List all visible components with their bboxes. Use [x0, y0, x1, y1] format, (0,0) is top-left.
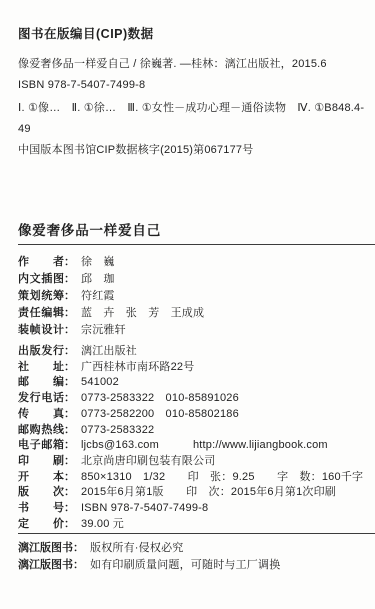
publishing-row: 印刷：北京尚唐印刷包装有限公司 — [18, 454, 365, 470]
publishing-block: 出版发行：漓江出版社 社址：广西桂林市南环路22号 邮编：541002 发行电话… — [18, 344, 365, 532]
field-label: 策划统筹 — [18, 288, 64, 305]
credit-row: 责任编辑：蓝 卉 张 芳 王成成 — [18, 305, 365, 322]
cip-header: 图书在版编目(CIP)数据 — [18, 24, 365, 42]
colon: ： — [64, 502, 75, 514]
colon: ： — [64, 324, 75, 336]
colon: ： — [64, 256, 75, 268]
field-value: 漓江出版社 — [81, 345, 137, 357]
publishing-row: 书号：ISBN 978-7-5407-7499-8 — [18, 501, 365, 517]
publishing-row: 邮购热线：0773-2583322 — [18, 423, 365, 439]
field-label: 书号 — [18, 501, 64, 517]
field-value: 850×1310 1/32 印 张：9.25 字 数：160千字 — [81, 471, 363, 483]
publishing-row: 发行电话：0773-2583322 010-85891026 — [18, 391, 365, 407]
colon: ： — [64, 486, 75, 498]
field-label: 开本 — [18, 470, 64, 486]
field-value: 0773-2582200 010-85802186 — [81, 408, 239, 420]
colon: ： — [64, 307, 75, 319]
colon: ： — [64, 376, 75, 388]
field-label: 版次 — [18, 485, 64, 501]
field-label: 电子邮箱 — [18, 438, 64, 454]
colon: ： — [64, 471, 75, 483]
email-address: ljcbs@163.com — [81, 439, 159, 451]
colon: ： — [64, 439, 75, 451]
field-value: 2015年6月第1版 印 次：2015年6月第1次印刷 — [81, 486, 336, 498]
field-value: 蓝 卉 张 芳 王成成 — [81, 307, 204, 319]
field-label: 传真 — [18, 407, 64, 423]
colon: ： — [64, 408, 75, 420]
credit-row: 策划统筹：符红霞 — [18, 288, 365, 305]
publishing-row: 传真：0773-2582200 010-85802186 — [18, 407, 365, 423]
publishing-row: 版次：2015年6月第1版 印 次：2015年6月第1次印刷 — [18, 485, 365, 501]
divider-top — [18, 244, 375, 245]
field-value: 北京尚唐印刷包装有限公司 — [81, 455, 215, 467]
publishing-row: 社址：广西桂林市南环路22号 — [18, 360, 365, 376]
copyright-notice: 漓江版图书：版权所有·侵权必究 — [18, 540, 365, 557]
colon: ： — [64, 273, 75, 285]
field-value: 0773-2583322 — [81, 424, 154, 436]
field-value: ISBN 978-7-5407-7499-8 — [81, 502, 208, 514]
field-value: 邱 珈 — [81, 273, 115, 285]
colon: ： — [64, 392, 75, 404]
field-label: 出版发行 — [18, 344, 64, 360]
field-value: 宗沅雅轩 — [81, 324, 126, 336]
colon: ： — [64, 424, 75, 436]
field-label: 邮编 — [18, 375, 64, 391]
field-value: 0773-2583322 010-85891026 — [81, 392, 239, 404]
field-label: 邮购热线 — [18, 423, 64, 439]
colon: ： — [64, 518, 75, 530]
field-value: 39.00 元 — [81, 518, 124, 530]
field-label: 漓江版图书 — [18, 559, 73, 571]
publishing-row: 出版发行：漓江出版社 — [18, 344, 365, 360]
colon: ： — [73, 542, 84, 554]
field-label: 印刷 — [18, 454, 64, 470]
colon: ： — [64, 361, 75, 373]
field-value: 541002 — [81, 376, 119, 388]
field-label: 定价 — [18, 517, 64, 533]
quality-notice: 漓江版图书：如有印刷质量问题，可随时与工厂调换 — [18, 557, 365, 574]
book-title: 像爱奢侈品一样爱自己 — [18, 219, 365, 239]
publishing-row: 开本：850×1310 1/32 印 张：9.25 字 数：160千字 — [18, 470, 365, 486]
credits-block: 作者：徐 巍 内文插图：邱 珈 策划统筹：符红霞 责任编辑：蓝 卉 张 芳 王成… — [18, 254, 365, 339]
cip-title-line: 像爱奢侈品一样爱自己 / 徐巍著. —桂林：漓江出版社，2015.6 — [18, 54, 365, 75]
publishing-row: 定价：39.00 元 — [18, 517, 365, 533]
cip-block: 像爱奢侈品一样爱自己 / 徐巍著. —桂林：漓江出版社，2015.6 ISBN … — [18, 54, 365, 161]
colon: ： — [64, 345, 75, 357]
field-value: 符红霞 — [81, 290, 115, 302]
colon: ： — [73, 559, 84, 571]
field-label: 发行电话 — [18, 391, 64, 407]
colon: ： — [64, 290, 75, 302]
cip-classification-line: Ⅰ. ①像… Ⅱ. ①徐… Ⅲ. ①女性－成功心理－通俗读物 Ⅳ. ①B848.… — [18, 98, 365, 140]
field-label: 作者 — [18, 254, 64, 271]
field-label: 装帧设计 — [18, 322, 64, 339]
divider-bottom — [18, 533, 375, 534]
field-value: 如有印刷质量问题，可随时与工厂调换 — [90, 559, 280, 571]
footer-notices: 漓江版图书：版权所有·侵权必究 漓江版图书：如有印刷质量问题，可随时与工厂调换 — [18, 540, 365, 573]
book-copyright-page: 图书在版编目(CIP)数据 像爱奢侈品一样爱自己 / 徐巍著. —桂林：漓江出版… — [0, 0, 375, 609]
field-value: 广西桂林市南环路22号 — [81, 361, 194, 373]
credit-row: 作者：徐 巍 — [18, 254, 365, 271]
field-label: 漓江版图书 — [18, 542, 73, 554]
publishing-row-email: 电子邮箱：ljcbs@163.comhttp://www.lijiangbook… — [18, 438, 365, 454]
field-label: 内文插图 — [18, 271, 64, 288]
credit-row: 装帧设计：宗沅雅轩 — [18, 322, 365, 339]
cip-registry-line: 中国版本图书馆CIP数据核字(2015)第067177号 — [18, 140, 365, 161]
credit-row: 内文插图：邱 珈 — [18, 271, 365, 288]
field-value: 徐 巍 — [81, 256, 115, 268]
field-label: 责任编辑 — [18, 305, 64, 322]
cip-isbn-line: ISBN 978-7-5407-7499-8 — [18, 75, 365, 96]
field-label: 社址 — [18, 360, 64, 376]
website-url: http://www.lijiangbook.com — [193, 439, 328, 451]
field-value: 版权所有·侵权必究 — [90, 542, 183, 554]
colon: ： — [64, 455, 75, 467]
publishing-row: 邮编：541002 — [18, 375, 365, 391]
